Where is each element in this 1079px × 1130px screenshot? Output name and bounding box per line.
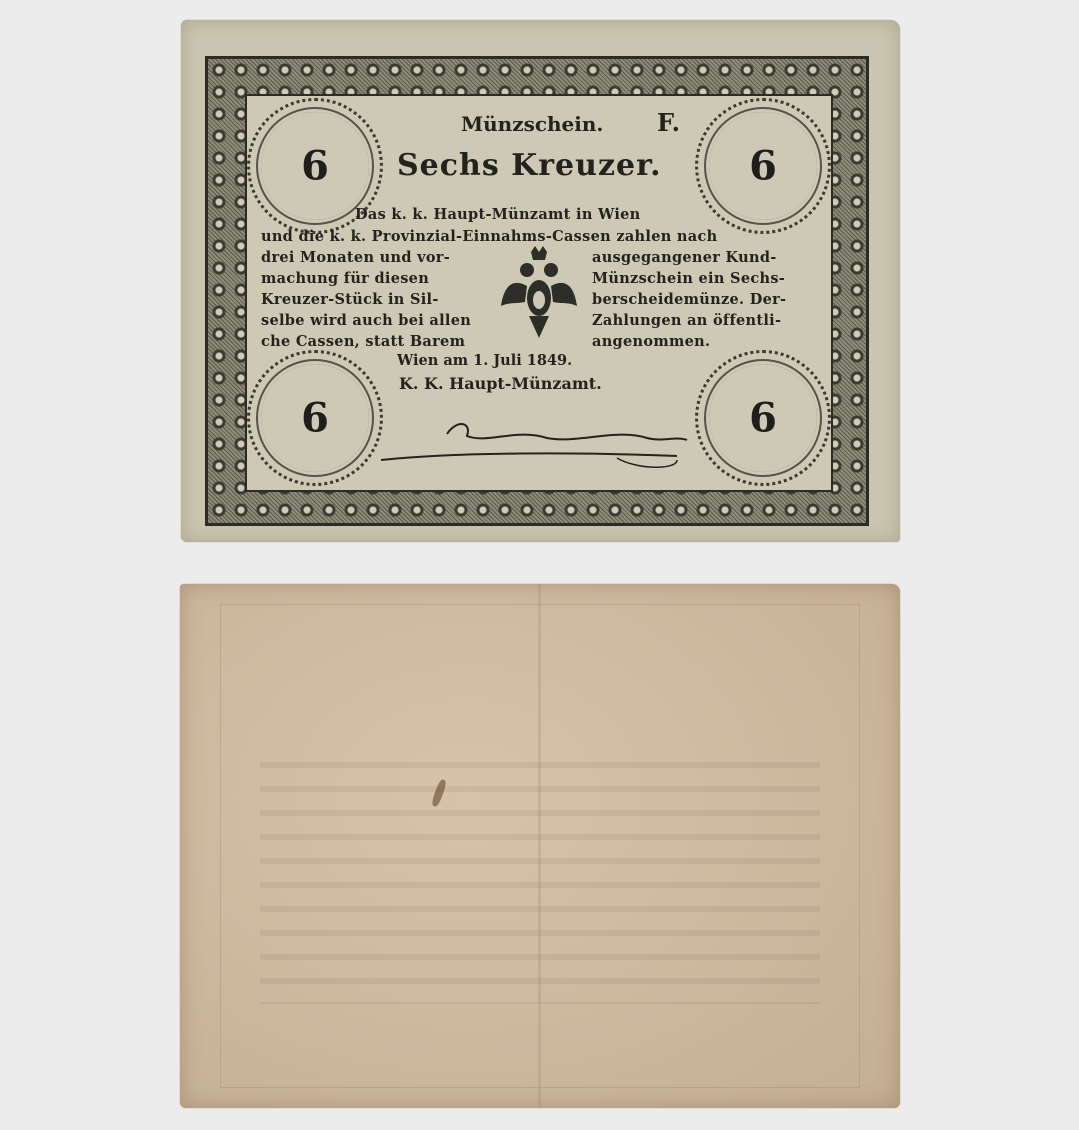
issuer: K. K. Haupt-Münzamt.: [399, 374, 602, 393]
text-line: ausgegangener Kund-: [592, 249, 777, 266]
banknote-front: 6 6 6 6 Münzschein. F. Sechs Kreuzer. Da…: [181, 20, 900, 542]
text-line: und die k. k. Provinzial-Einnahms-Cassen…: [261, 228, 717, 245]
text-line: drei Monaten und vor-: [261, 249, 450, 266]
text-line: che Cassen, statt Barem: [261, 333, 465, 350]
text-line: Kreuzer-Stück in Sil-: [261, 291, 439, 308]
inner-panel: 6 6 6 6 Münzschein. F. Sechs Kreuzer. Da…: [245, 94, 833, 492]
text-line: machung für diesen: [261, 270, 429, 287]
text-line: berscheidemünze. Der-: [592, 291, 786, 308]
text-line: angenommen.: [592, 333, 710, 350]
value-rosette-top-left: 6: [261, 112, 369, 220]
note-type: Münzschein.: [461, 112, 603, 136]
text-line: Münzschein ein Sechs-: [592, 270, 785, 287]
text-line: Das k. k. Haupt-Münzamt in Wien: [355, 206, 641, 223]
text-line: Zahlungen an öffentli-: [592, 312, 781, 329]
value-rosette-bottom-left: 6: [261, 364, 369, 472]
value-rosette-bottom-right: 6: [709, 364, 817, 472]
series-letter: F.: [657, 108, 680, 137]
double-headed-eagle-icon: [499, 246, 579, 346]
value-rosette-top-right: 6: [709, 112, 817, 220]
denomination: Sechs Kreuzer.: [397, 148, 662, 183]
text-line: selbe wird auch bei allen: [261, 312, 471, 329]
banknote-back: [180, 584, 900, 1108]
fold-line: [538, 584, 541, 1108]
signature: [377, 414, 697, 474]
place-date: Wien am 1. Juli 1849.: [397, 352, 572, 369]
